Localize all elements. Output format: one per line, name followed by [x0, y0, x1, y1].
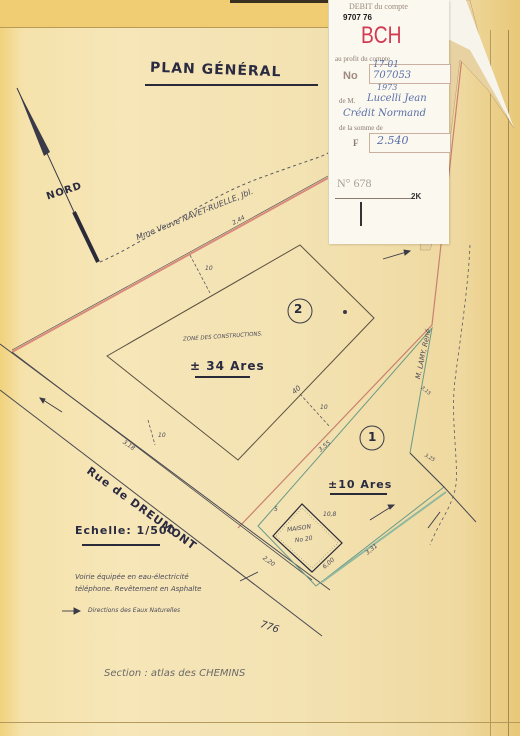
slip-header: DEBIT du compte	[349, 2, 408, 11]
zone-2-area: ± 34 Ares	[190, 359, 265, 373]
footer-note: Section : atlas des CHEMINS	[104, 668, 245, 679]
slip-f-label: F	[353, 138, 359, 148]
slip-pen-mark	[360, 202, 362, 226]
scale-label: Echelle: 1/500	[75, 524, 176, 537]
slip-date: 17-01	[373, 60, 399, 70]
north-arrow-icon	[17, 88, 98, 262]
slip-amount: 2.540	[377, 134, 409, 147]
dimension-108: 10,8	[323, 511, 336, 518]
slip-no-label: No	[343, 70, 358, 82]
zone-1-number: 1	[368, 430, 377, 444]
legend-water-direction: Directions des Eaux Naturelles	[88, 607, 180, 614]
slip-de-m-label: de M.	[339, 97, 355, 105]
zone-2-number: 2	[294, 302, 303, 316]
slip-name-line-1: Lucelli Jean	[367, 93, 427, 104]
slip-year: 1973	[377, 83, 397, 92]
slip-somme-label: de la somme de	[339, 124, 383, 132]
note-line-2: téléphone. Revêtement en Asphalte	[75, 585, 201, 593]
slip-name-line-2: Crédit Normand	[343, 108, 426, 119]
deposit-slip: DEBIT du compte 9707 76 BCH au profit du…	[328, 0, 449, 244]
slip-serial: N° 678	[337, 176, 371, 191]
slip-bank-logo: BCH	[361, 22, 402, 50]
slip-code: 9707 76	[343, 13, 372, 22]
dimension-10a: 10	[205, 265, 213, 272]
slip-rule	[335, 198, 413, 199]
dimension-5: 5	[274, 506, 278, 513]
zone-1-area: ±10 Ares	[328, 478, 392, 491]
dimension-10c: 10	[158, 432, 166, 439]
slip-account-number: 707053	[373, 70, 411, 81]
dimension-10b: 10	[320, 404, 328, 411]
slip-2k-code: 2K	[411, 192, 421, 201]
note-line-1: Voirie équipée en eau-électricité	[75, 573, 189, 581]
